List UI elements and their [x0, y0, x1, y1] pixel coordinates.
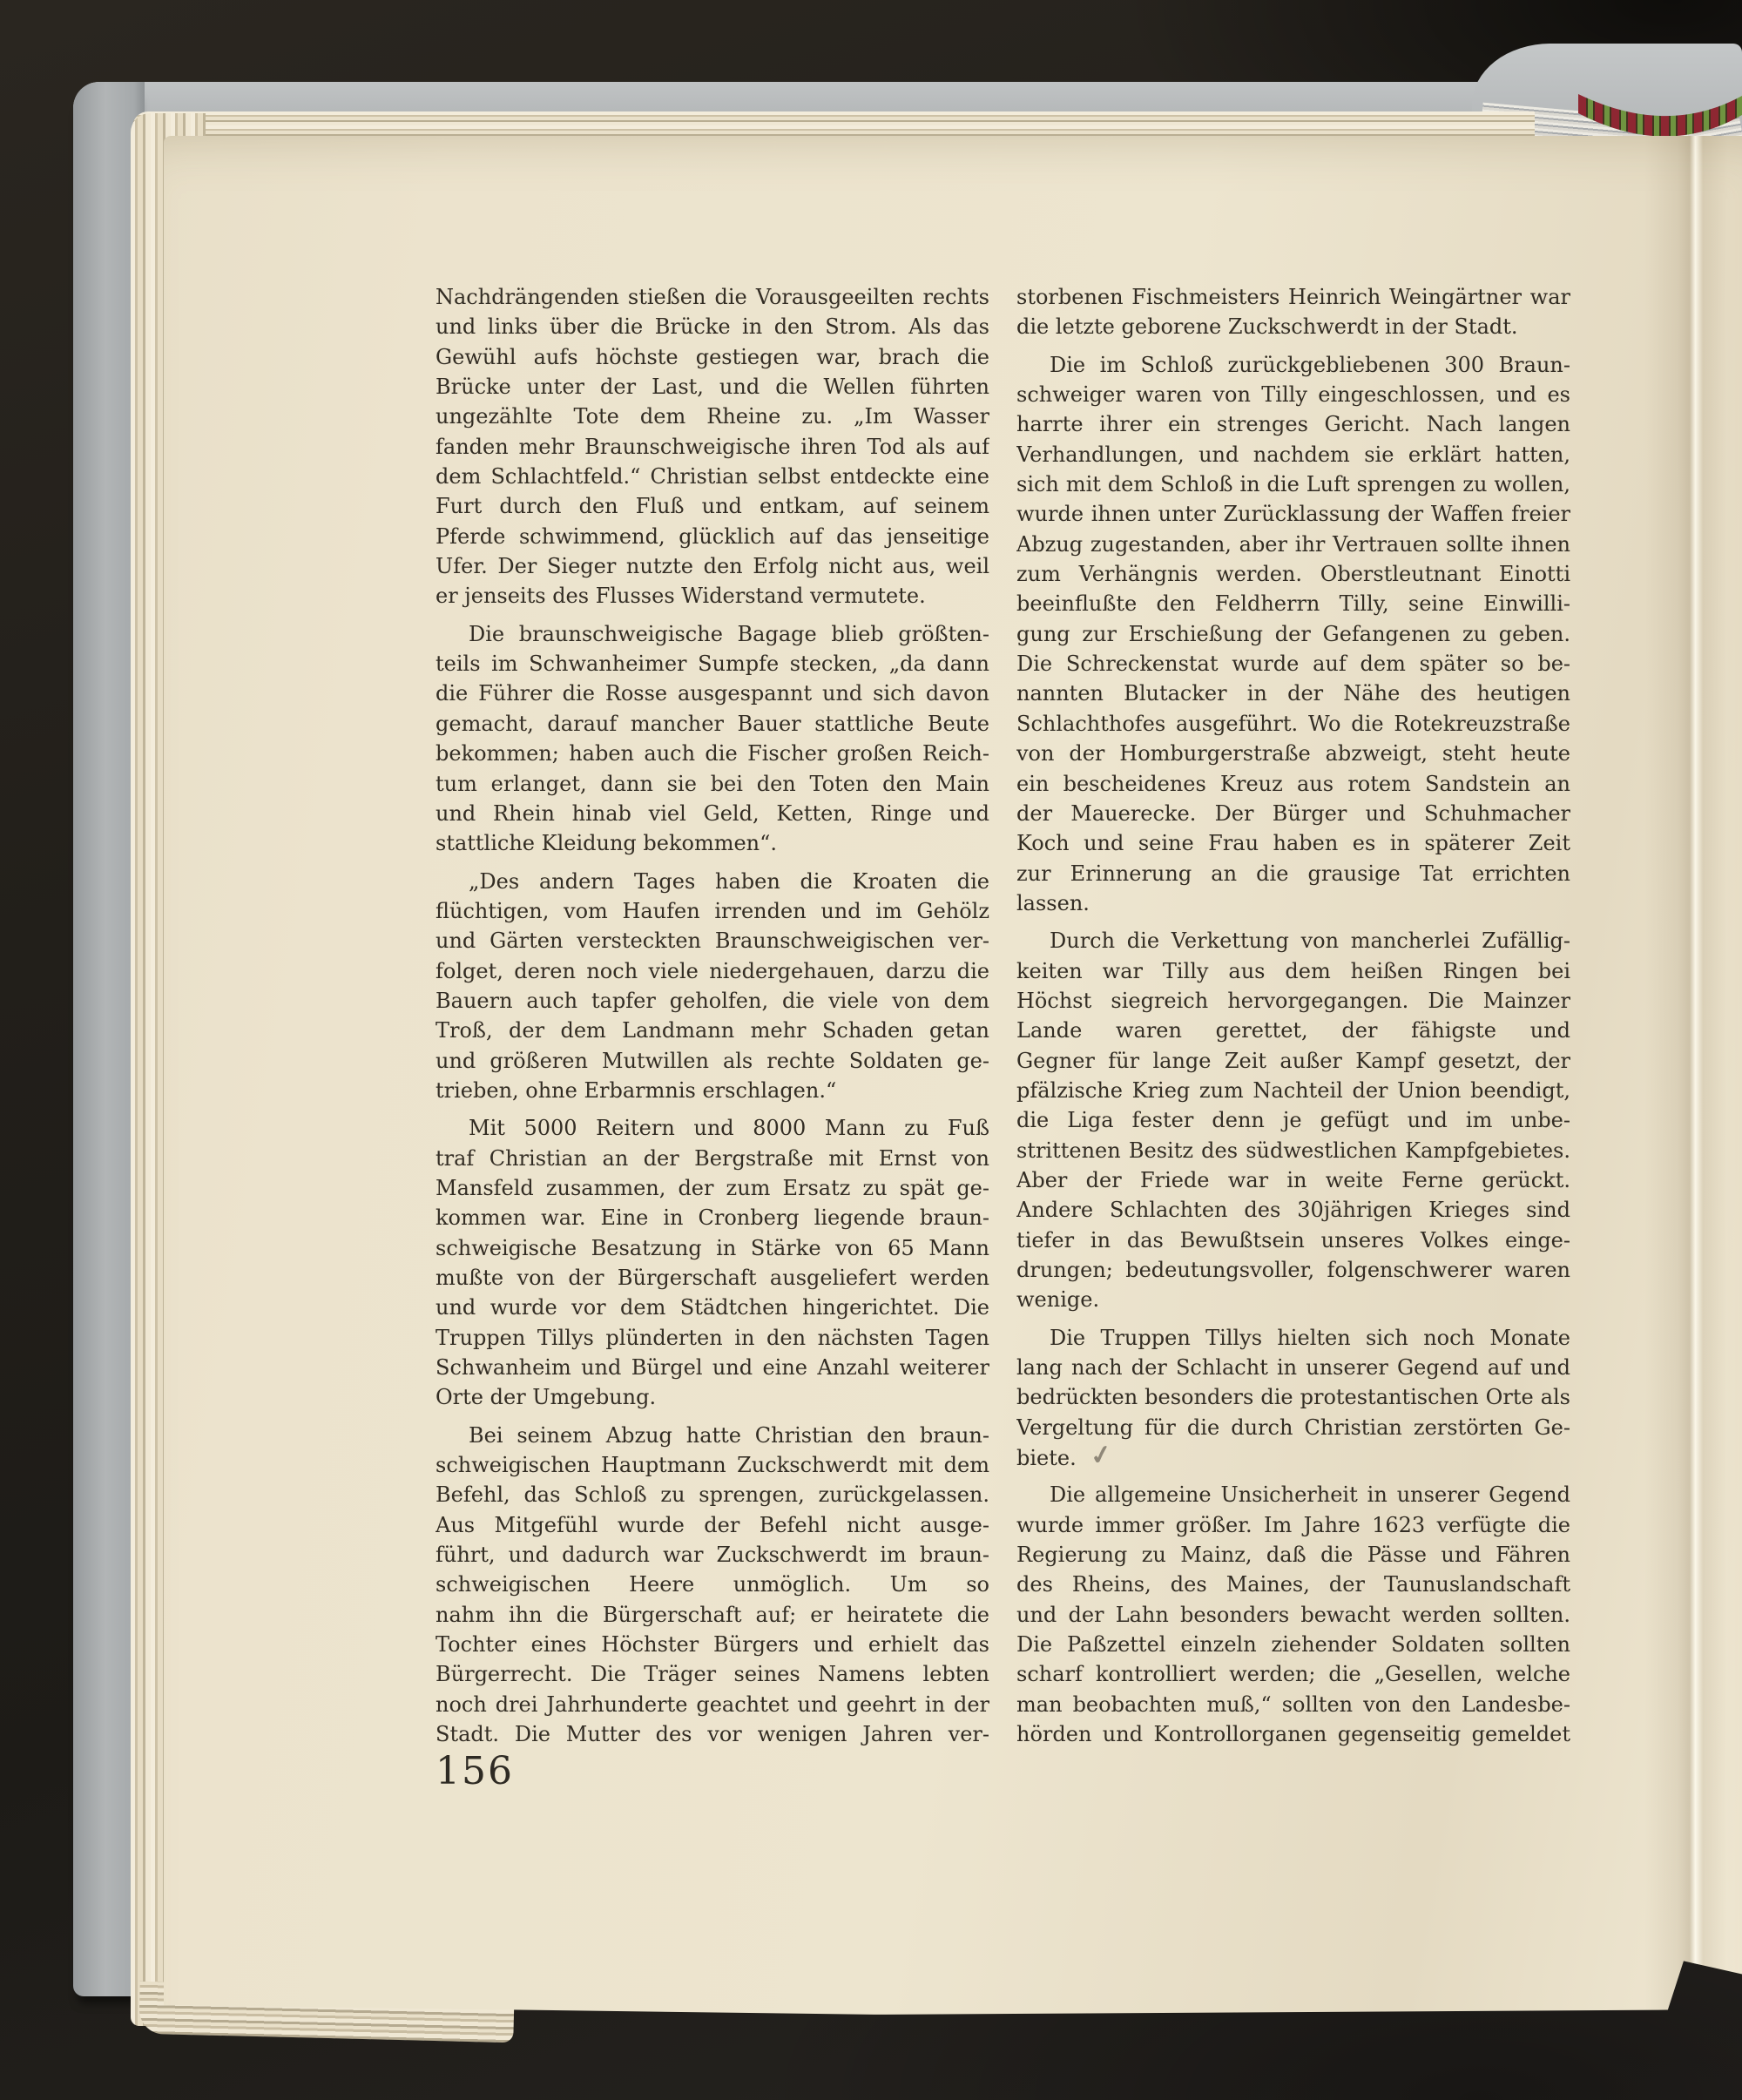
text-line: pfälzische Krieg zum Nachteil der Union …	[1016, 1076, 1570, 1105]
page-number: 156	[435, 1749, 514, 1793]
text-line: Abzug zugestanden, aber ihr Vertrauen so…	[1016, 530, 1570, 559]
text-line: und links über die Brücke in den Strom. …	[435, 312, 989, 341]
text-line: des Rheins, des Maines, der Taunuslandsc…	[1016, 1570, 1570, 1599]
text-line: schweigische Besatzung in Stärke von 65 …	[435, 1233, 989, 1263]
text-line: bekommen; haben auch die Fischer großen …	[435, 739, 989, 768]
text-line: Bürgerrecht. Die Träger seines Namens le…	[435, 1659, 989, 1689]
text-line: Aus Mitgefühl wurde der Befehl nicht aus…	[435, 1510, 989, 1540]
text-line: traf Christian an der Bergstraße mit Ern…	[435, 1144, 989, 1173]
text-line: Gegner für lange Zeit außer Kampf gesetz…	[1016, 1046, 1570, 1076]
text-line: von der Homburgerstraße abzweigt, steht …	[1016, 739, 1570, 768]
text-line: Durch die Verkettung von mancherlei Zufä…	[1016, 926, 1570, 955]
text-line: ungezählte Tote dem Rheine zu. „Im Wasse…	[435, 402, 989, 431]
text-line: stattliche Kleidung bekommen“.	[435, 828, 989, 858]
text-line: Gewühl aufs höchste gestiegen war, brach…	[435, 342, 989, 372]
text-line: scharf kontrolliert werden; die „Geselle…	[1016, 1659, 1570, 1689]
text-line: Nachdrängenden stießen die Vorausgeeilte…	[435, 282, 989, 312]
text-line: Die braunschweigische Bagage blieb größt…	[435, 619, 989, 649]
text-line: gung zur Erschießung der Gefangenen zu g…	[1016, 619, 1570, 649]
text-line: Vergeltung für die durch Christian zerst…	[1016, 1413, 1570, 1442]
text-line: lang nach der Schlacht in unserer Gegend…	[1016, 1353, 1570, 1382]
paragraph: Bei seinem Abzug hatte Christian den bra…	[435, 1421, 989, 1750]
text-line: mußte von der Bürgerschaft ausgeliefert …	[435, 1263, 989, 1293]
text-line: storbenen Fischmeisters Heinrich Weingär…	[1016, 282, 1570, 312]
text-line: wenige.	[1016, 1285, 1570, 1314]
paragraph: Die braunschweigische Bagage blieb größt…	[435, 619, 989, 859]
gutter-crease	[1644, 136, 1728, 2016]
text-line: fanden mehr Braunschweigische ihren Tod …	[435, 432, 989, 462]
text-line: kommen war. Eine in Cronberg liegende br…	[435, 1203, 989, 1232]
text-line: „Des andern Tages haben die Kroaten die	[435, 867, 989, 896]
text-line: Brücke unter der Last, und die Wellen fü…	[435, 372, 989, 402]
book-page: Nachdrängenden stießen die Vorausgeeilte…	[164, 136, 1742, 2016]
text-line: Schlachthofes ausgeführt. Wo die Rotekre…	[1016, 709, 1570, 739]
text-line: Troß, der dem Landmann mehr Schaden geta…	[435, 1016, 989, 1045]
text-line: wurde immer größer. Im Jahre 1623 verfüg…	[1016, 1510, 1570, 1540]
text-line: Ufer. Der Sieger nutzte den Erfolg nicht…	[435, 551, 989, 581]
text-line: Tochter eines Höchster Bürgers und erhie…	[435, 1630, 989, 1659]
text-line: und wurde vor dem Städtchen hingerichtet…	[435, 1293, 989, 1322]
text-line: er jenseits des Flusses Widerstand vermu…	[435, 581, 989, 611]
text-line: tum erlanget, dann sie bei den Toten den…	[435, 769, 989, 799]
text-line: Die im Schloß zurückgebliebenen 300 Brau…	[1016, 350, 1570, 380]
text-line: Bauern auch tapfer geholfen, die viele v…	[435, 986, 989, 1016]
text-line: Die allgemeine Unsicherheit in unserer G…	[1016, 1480, 1570, 1509]
text-line: dem Schlachtfeld.“ Christian selbst entd…	[435, 462, 989, 491]
paragraph: storbenen Fischmeisters Heinrich Weingär…	[1016, 282, 1570, 342]
text-line: führt, und dadurch war Zuckschwerdt im b…	[435, 1540, 989, 1570]
text-line: Mit 5000 Reitern und 8000 Mann zu Fuß	[435, 1113, 989, 1143]
text-line: gemacht, darauf mancher Bauer stattliche…	[435, 709, 989, 739]
text-line: Bei seinem Abzug hatte Christian den bra…	[435, 1421, 989, 1450]
text-line: schweigischen Heere unmöglich. Um so fre…	[435, 1570, 989, 1599]
text-line: Furt durch den Fluß und entkam, auf sein…	[435, 491, 989, 521]
text-line: die letzte geborene Zuckschwerdt in der …	[1016, 312, 1570, 341]
paragraph: Die allgemeine Unsicherheit in unserer G…	[1016, 1480, 1570, 1749]
text-line: Truppen Tillys plünderten in den nächste…	[435, 1323, 989, 1353]
text-line: zur Erinnerung an die grausige Tat erric…	[1016, 859, 1570, 888]
text-line: Regierung zu Mainz, daß die Pässe und Fä…	[1016, 1540, 1570, 1570]
text-line: Verhandlungen, und nachdem sie erklärt h…	[1016, 440, 1570, 469]
text-line: zum Verhängnis werden. Oberstleutnant Ei…	[1016, 559, 1570, 589]
text-line: Befehl, das Schloß zu sprengen, zurückge…	[435, 1480, 989, 1509]
text-line: sich mit dem Schloß in die Luft sprengen…	[1016, 469, 1570, 499]
text-line: flüchtigen, vom Haufen irrenden und im G…	[435, 896, 989, 926]
text-line: Die Paßzettel einzeln ziehender Soldaten…	[1016, 1630, 1570, 1659]
text-line: strittenen Besitz des südwestlichen Kamp…	[1016, 1136, 1570, 1165]
text-line: harrte ihrer ein strenges Gericht. Nach …	[1016, 409, 1570, 439]
text-line: keiten war Tilly aus dem heißen Ringen b…	[1016, 956, 1570, 986]
text-line: trieben, ohne Erbarmnis erschlagen.“	[435, 1076, 989, 1105]
paragraph: Mit 5000 Reitern und 8000 Mann zu Fußtra…	[435, 1113, 989, 1412]
text-line: beeinflußte den Feldherrn Tilly, seine E…	[1016, 589, 1570, 618]
text-line: schweiger waren von Tilly eingeschlossen…	[1016, 380, 1570, 409]
text-line: Lande waren gerettet, der fähigste und g…	[1016, 1016, 1570, 1045]
text-line: teils im Schwanheimer Sumpfe stecken, „d…	[435, 649, 989, 679]
text-column-right: storbenen Fischmeisters Heinrich Weingär…	[1016, 282, 1570, 1750]
text-line: bedrückten besonders die protestantische…	[1016, 1382, 1570, 1412]
text-line: und größeren Mutwillen als rechte Soldat…	[435, 1046, 989, 1076]
text-line: Orte der Umgebung.	[435, 1382, 989, 1412]
text-column-left: Nachdrängenden stießen die Vorausgeeilte…	[435, 282, 989, 1750]
paragraph: Nachdrängenden stießen die Vorausgeeilte…	[435, 282, 989, 611]
text-line: Stadt. Die Mutter des vor wenigen Jahren…	[435, 1719, 989, 1749]
text-line: nahm ihn die Bürgerschaft auf; er heirat…	[435, 1600, 989, 1630]
text-line: der Mauerecke. Der Bürger und Schuhmache…	[1016, 799, 1570, 828]
book-photograph: Nachdrängenden stießen die Vorausgeeilte…	[0, 0, 1742, 2100]
text-line: wurde ihnen unter Zurücklassung der Waff…	[1016, 499, 1570, 529]
text-line: schweigischen Hauptmann Zuckschwerdt mit…	[435, 1450, 989, 1480]
text-line: noch drei Jahrhunderte geachtet und geeh…	[435, 1690, 989, 1719]
text-line: die Führer die Rosse ausgespannt und sic…	[435, 679, 989, 708]
text-line: Andere Schlachten des 30jährigen Krieges…	[1016, 1195, 1570, 1225]
paragraph: Die im Schloß zurückgebliebenen 300 Brau…	[1016, 350, 1570, 919]
text-line: und Gärten versteckten Braunschweigische…	[435, 926, 989, 955]
text-line: und Rhein hinab viel Geld, Ketten, Ringe…	[435, 799, 989, 828]
text-line: Pferde schwimmend, glücklich auf das jen…	[435, 522, 989, 551]
text-line: Die Truppen Tillys hielten sich noch Mon…	[1016, 1323, 1570, 1353]
text-line: biete.✓	[1016, 1442, 1570, 1472]
text-line: ein bescheidenes Kreuz aus rotem Sandste…	[1016, 769, 1570, 799]
text-line: und der Lahn besonders bewacht werden so…	[1016, 1600, 1570, 1630]
paragraph: Die Truppen Tillys hielten sich noch Mon…	[1016, 1323, 1570, 1473]
pencil-checkmark-annotation: ✓	[1074, 1442, 1114, 1472]
text-line: drungen; bedeutungsvoller, folgenschwere…	[1016, 1255, 1570, 1285]
paragraph: „Des andern Tages haben die Kroaten dief…	[435, 867, 989, 1106]
text-line: Schwanheim und Bürgel und eine Anzahl we…	[435, 1353, 989, 1382]
text-line: die Liga fester denn je gefügt und im un…	[1016, 1105, 1570, 1135]
text-line: hörden und Kontrollorganen gegenseitig g…	[1016, 1719, 1570, 1749]
text-line: folget, deren noch viele niedergehauen, …	[435, 956, 989, 986]
text-line: nannten Blutacker in der Nähe des heutig…	[1016, 679, 1570, 708]
text-line: lassen.	[1016, 888, 1570, 918]
text-line: Die Schreckenstat wurde auf dem später s…	[1016, 649, 1570, 679]
text-line: tiefer in das Bewußtsein unseres Volkes …	[1016, 1226, 1570, 1255]
text-line: Koch und seine Frau haben es in späterer…	[1016, 828, 1570, 858]
text-line: Aber der Friede war in weite Ferne gerüc…	[1016, 1165, 1570, 1195]
text-line: Mansfeld zusammen, der zum Ersatz zu spä…	[435, 1173, 989, 1203]
paragraph: Durch die Verkettung von mancherlei Zufä…	[1016, 926, 1570, 1314]
text-line: Höchst siegreich hervorgegangen. Die Mai…	[1016, 986, 1570, 1016]
text-line: man beobachten muß,“ sollten von den Lan…	[1016, 1690, 1570, 1719]
